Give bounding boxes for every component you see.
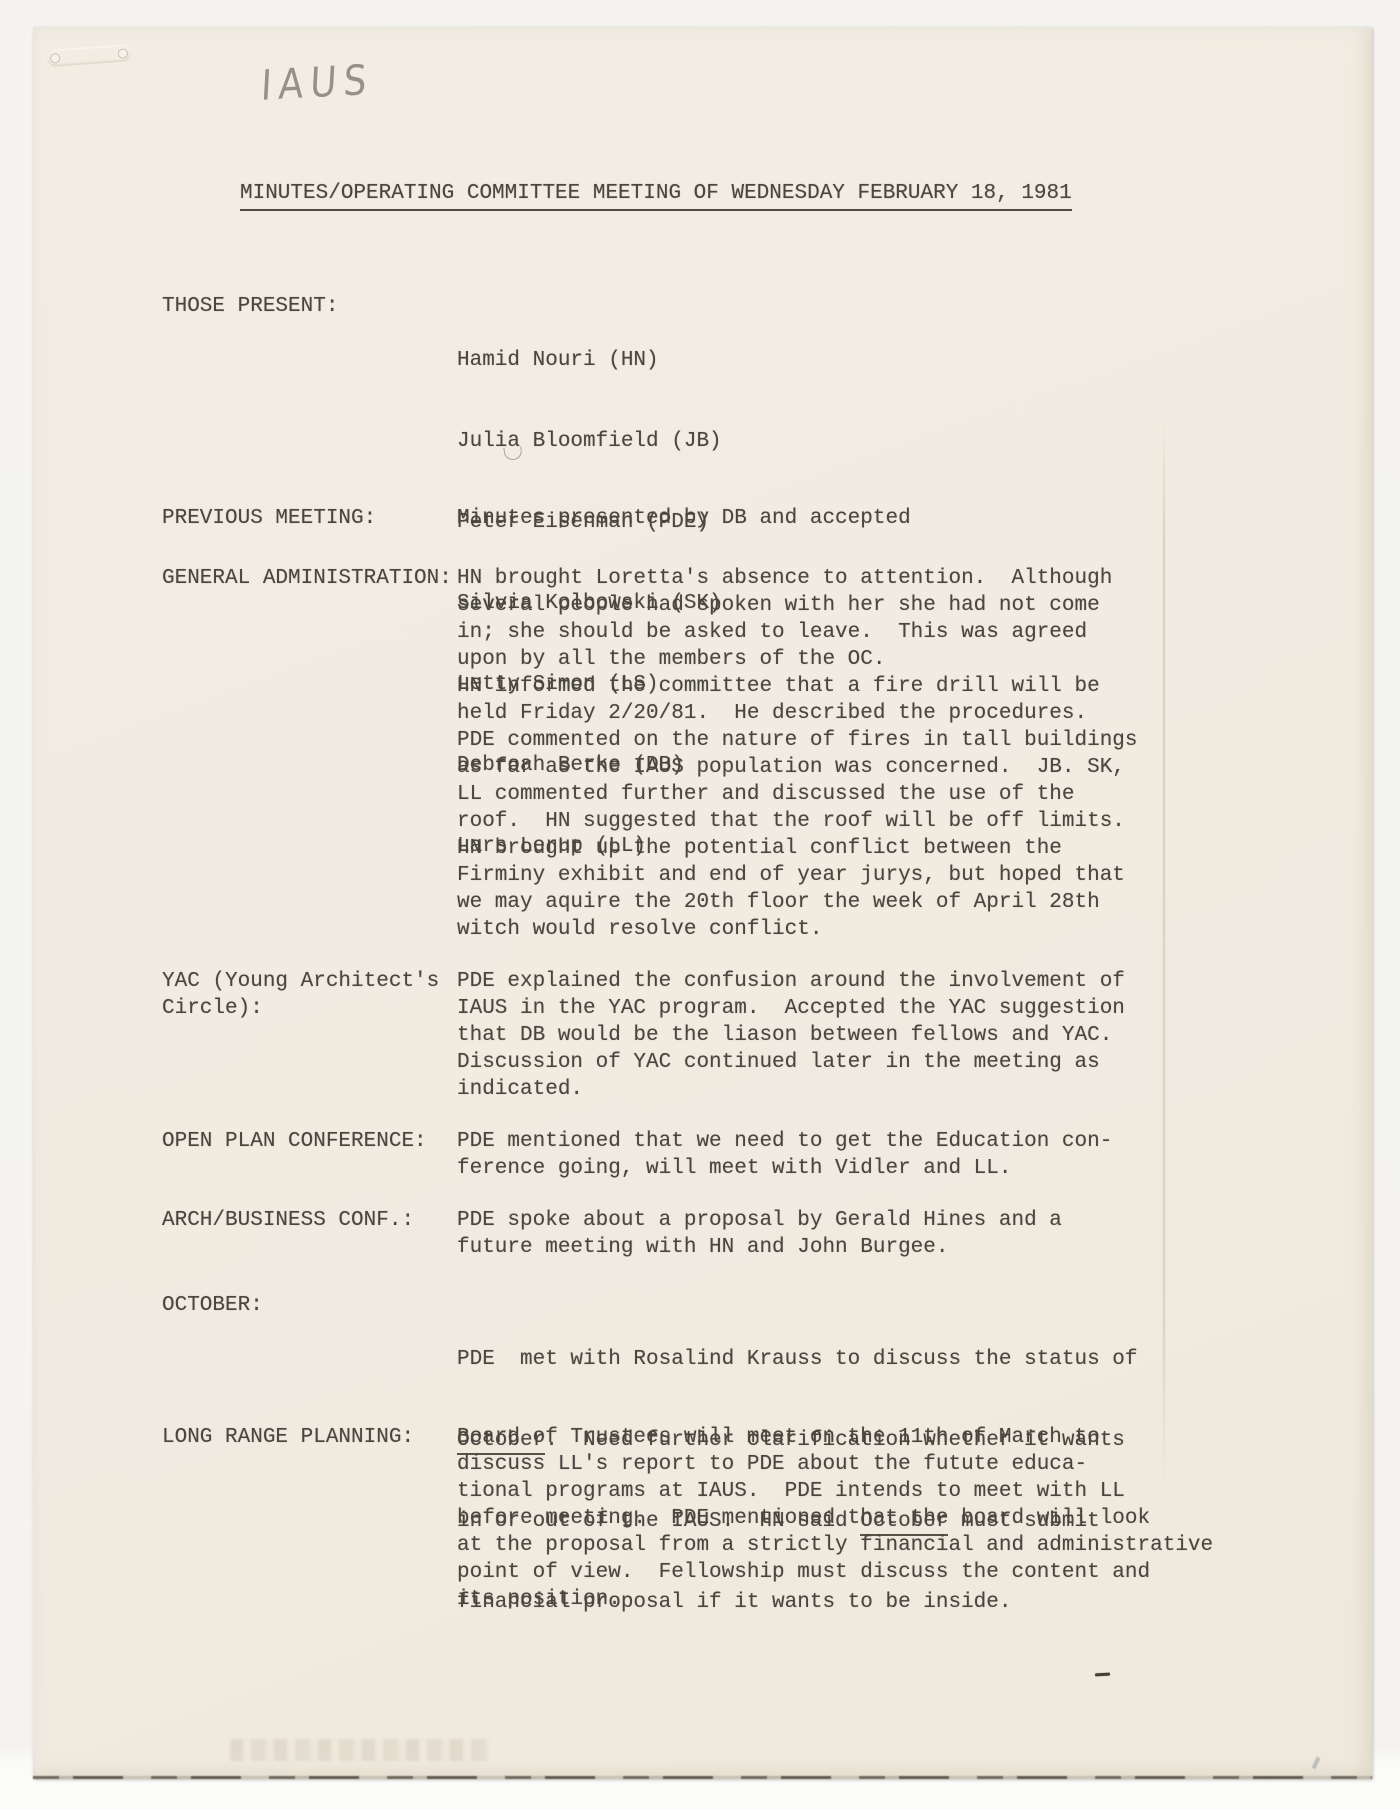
section-label-previous-meeting: PREVIOUS MEETING: (162, 505, 376, 532)
staple-mark (47, 44, 132, 67)
handwritten-note: IAUS (260, 57, 375, 110)
section-text-general-administration: HN brought Loretta's absence to attentio… (457, 565, 1138, 943)
paper-speck (1312, 1757, 1321, 1770)
section-label-open-plan-conference: OPEN PLAN CONFERENCE: (162, 1128, 427, 1155)
staple-hole-icon (50, 53, 61, 64)
section-label-yac: YAC (Young Architect's Circle): (162, 968, 439, 1022)
attendee: Julia Bloomfield (JB) (457, 428, 722, 455)
section-text-arch-business-conf: PDE spoke about a proposal by Gerald Hin… (457, 1207, 1062, 1261)
section-label-long-range-planning: LONG RANGE PLANNING: (162, 1424, 414, 1451)
document-page: IAUS MINUTES/OPERATING COMMITTEE MEETING… (33, 27, 1372, 1779)
scan-background: { "document": { "handwritten_note": "IAU… (0, 0, 1400, 1810)
section-label-arch-business-conf: ARCH/BUSINESS CONF.: (162, 1207, 414, 1234)
text-line: PDE met with Rosalind Krauss to discuss … (457, 1346, 1138, 1373)
section-label-october: OCTOBER: (162, 1292, 263, 1319)
section-text-long-range-planning: Board of Trustees will meet on the 11th … (457, 1424, 1213, 1613)
attendee: Hamid Nouri (HN) (457, 347, 722, 374)
staple-hole-icon (118, 48, 129, 59)
section-text-previous-meeting: Minutes presented by DB and accepted (457, 505, 911, 532)
paper-crease (1163, 417, 1165, 1487)
document-title-text: MINUTES/OPERATING COMMITTEE MEETING OF W… (240, 182, 1072, 211)
section-text-yac: PDE explained the confusion around the i… (457, 968, 1125, 1103)
section-label-general-administration: GENERAL ADMINISTRATION: (162, 565, 452, 592)
section-label-those-present: THOSE PRESENT: (162, 293, 338, 320)
section-text-open-plan-conference: PDE mentioned that we need to get the Ed… (457, 1128, 1112, 1182)
document-title: MINUTES/OPERATING COMMITTEE MEETING OF W… (240, 181, 1072, 207)
text-segment: PDE met with Rosalind Krauss to discuss … (457, 1348, 1138, 1371)
stray-pen-mark (1095, 1673, 1110, 1677)
bleed-through-stamp (230, 1739, 490, 1761)
